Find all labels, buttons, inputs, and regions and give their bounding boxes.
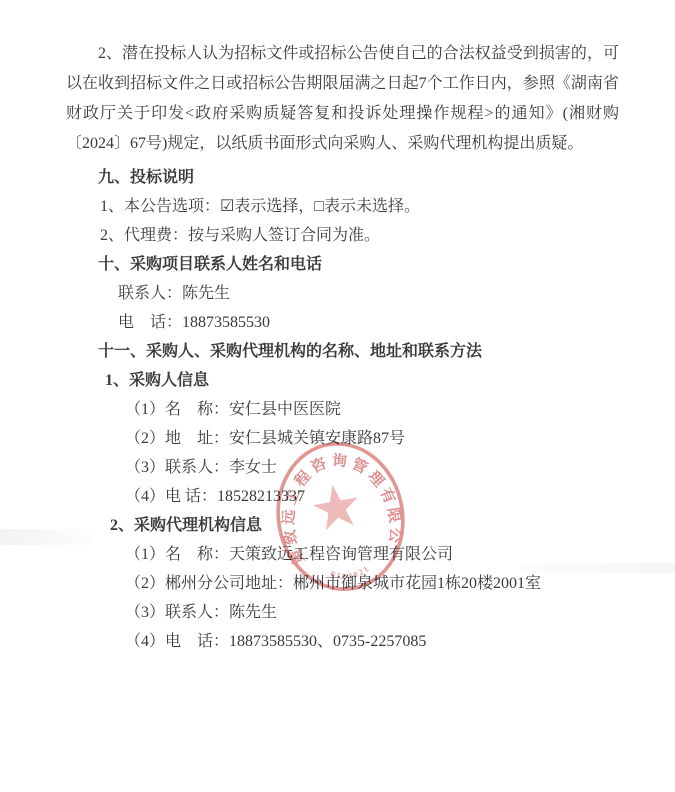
agency-fee-note: 2、代理费：按与采购人签订合同为准。 (66, 221, 619, 250)
subheading-agency-info: 2、采购代理机构信息 (66, 511, 619, 540)
heading-bid-instructions: 九、投标说明 (66, 163, 619, 192)
purchaser-address: （2）地 址：安仁县城关镇安康路87号 (66, 424, 619, 453)
scan-artifact (0, 529, 90, 545)
agency-branch-address: （2）郴州分公司地址：郴州市御泉城市花园1栋20楼2001室 (66, 569, 619, 598)
project-contact-name: 联系人：陈先生 (66, 279, 619, 308)
bid-option-note: 1、本公告选项：☑表示选择，□表示未选择。 (66, 192, 619, 221)
document-page: 2、潜在投标人认为招标文件或招标公告使自己的合法权益受到损害的，可以在收到招标文… (0, 0, 675, 792)
agency-contact: （3）联系人：陈先生 (66, 598, 619, 627)
purchaser-contact: （3）联系人：李女士 (66, 453, 619, 482)
agency-phone: （4）电 话：18873585530、0735-2257085 (66, 627, 619, 656)
complaint-procedure-paragraph: 2、潜在投标人认为招标文件或招标公告使自己的合法权益受到损害的，可以在收到招标文… (66, 39, 619, 159)
scan-artifact (520, 563, 675, 573)
purchaser-name: （1）名 称：安仁县中医医院 (66, 395, 619, 424)
project-contact-phone: 电 话：18873585530 (66, 308, 619, 337)
document-sections: 九、投标说明 1、本公告选项：☑表示选择，□表示未选择。 2、代理费：按与采购人… (66, 163, 619, 656)
heading-parties-info: 十一、采购人、采购代理机构的名称、地址和联系方法 (66, 337, 619, 366)
subheading-purchaser-info: 1、采购人信息 (66, 366, 619, 395)
heading-project-contact: 十、采购项目联系人姓名和电话 (66, 250, 619, 279)
purchaser-phone: （4）电 话：18528213337 (66, 482, 619, 511)
